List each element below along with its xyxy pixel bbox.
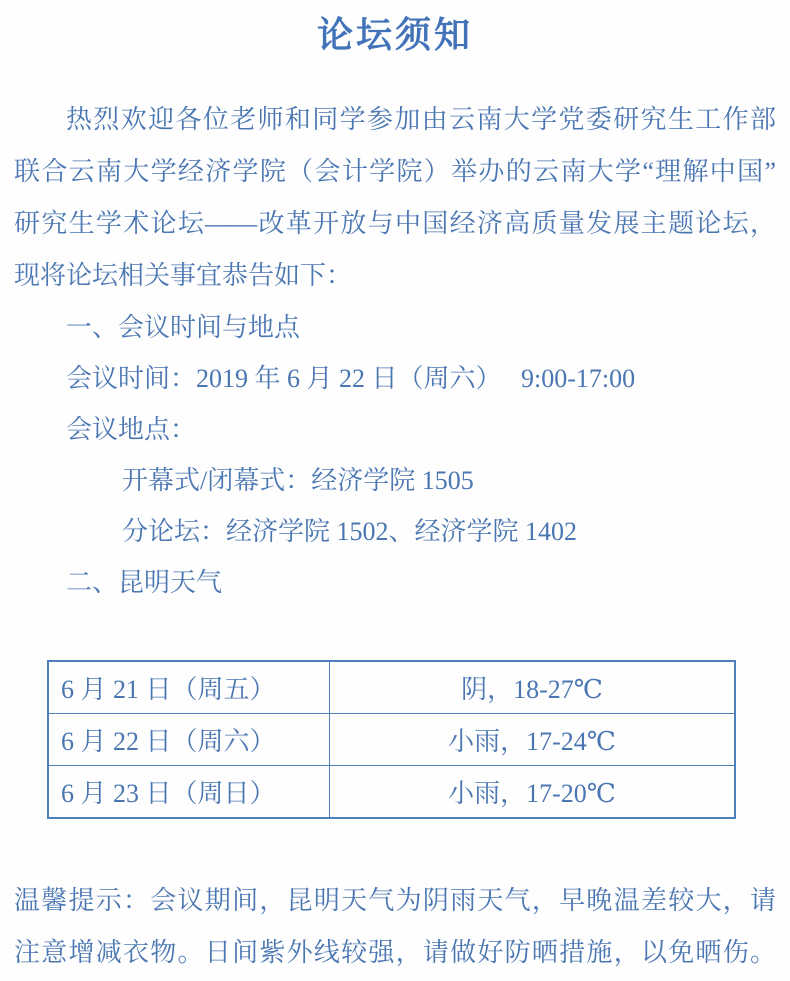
section2-heading: 二、昆明天气 bbox=[14, 557, 776, 608]
meeting-location-label: 会议地点： bbox=[14, 404, 776, 455]
weather-cell: 阴，18-27℃ bbox=[330, 661, 736, 714]
intro-paragraph: 热烈欢迎各位老师和同学参加由云南大学党委研究生工作部 联合云南大学经济学院（会计… bbox=[14, 94, 776, 302]
weather-cell: 小雨，17-24℃ bbox=[330, 714, 736, 766]
weather-table: 6 月 21 日（周五） 阴，18-27℃ 6 月 22 日（周六） 小雨，17… bbox=[47, 660, 736, 819]
tip-line: 温馨提示：会议期间，昆明天气为阴雨天气，早晚温差较大，请 bbox=[14, 875, 776, 927]
section-time-location: 一、会议时间与地点 会议时间：2019 年 6 月 22 日（周六） 9:00-… bbox=[14, 302, 776, 608]
weather-cell: 小雨，17-20℃ bbox=[330, 766, 736, 819]
intro-line: 联合云南大学经济学院（会计学院）举办的云南大学“理解中国” bbox=[14, 146, 776, 198]
section1-heading: 一、会议时间与地点 bbox=[14, 302, 776, 353]
table-row: 6 月 22 日（周六） 小雨，17-24℃ bbox=[48, 714, 735, 766]
table-row: 6 月 21 日（周五） 阴，18-27℃ bbox=[48, 661, 735, 714]
date-cell: 6 月 23 日（周日） bbox=[48, 766, 330, 819]
tip-paragraph: 温馨提示：会议期间，昆明天气为阴雨天气，早晚温差较大，请 注意增减衣物。日间紫外… bbox=[14, 875, 776, 979]
date-cell: 6 月 22 日（周六） bbox=[48, 714, 330, 766]
location-item-ceremony: 开幕式/闭幕式：经济学院 1505 bbox=[14, 455, 776, 506]
weather-table-body: 6 月 21 日（周五） 阴，18-27℃ 6 月 22 日（周六） 小雨，17… bbox=[48, 661, 735, 818]
intro-line: 现将论坛相关事宜恭告如下： bbox=[14, 250, 776, 302]
meeting-time-line: 会议时间：2019 年 6 月 22 日（周六） 9:00-17:00 bbox=[14, 353, 776, 404]
table-row: 6 月 23 日（周日） 小雨，17-20℃ bbox=[48, 766, 735, 819]
page-title: 论坛须知 bbox=[14, 12, 776, 58]
tip-line: 注意增减衣物。日间紫外线较强，请做好防晒措施，以免晒伤。 bbox=[14, 927, 776, 979]
intro-line: 研究生学术论坛——改革开放与中国经济高质量发展主题论坛， bbox=[14, 198, 776, 250]
intro-line: 热烈欢迎各位老师和同学参加由云南大学党委研究生工作部 bbox=[14, 94, 776, 146]
location-item-subforum: 分论坛：经济学院 1502、经济学院 1402 bbox=[14, 506, 776, 557]
date-cell: 6 月 21 日（周五） bbox=[48, 661, 330, 714]
notice-document: 论坛须知 热烈欢迎各位老师和同学参加由云南大学党委研究生工作部 联合云南大学经济… bbox=[0, 0, 790, 979]
